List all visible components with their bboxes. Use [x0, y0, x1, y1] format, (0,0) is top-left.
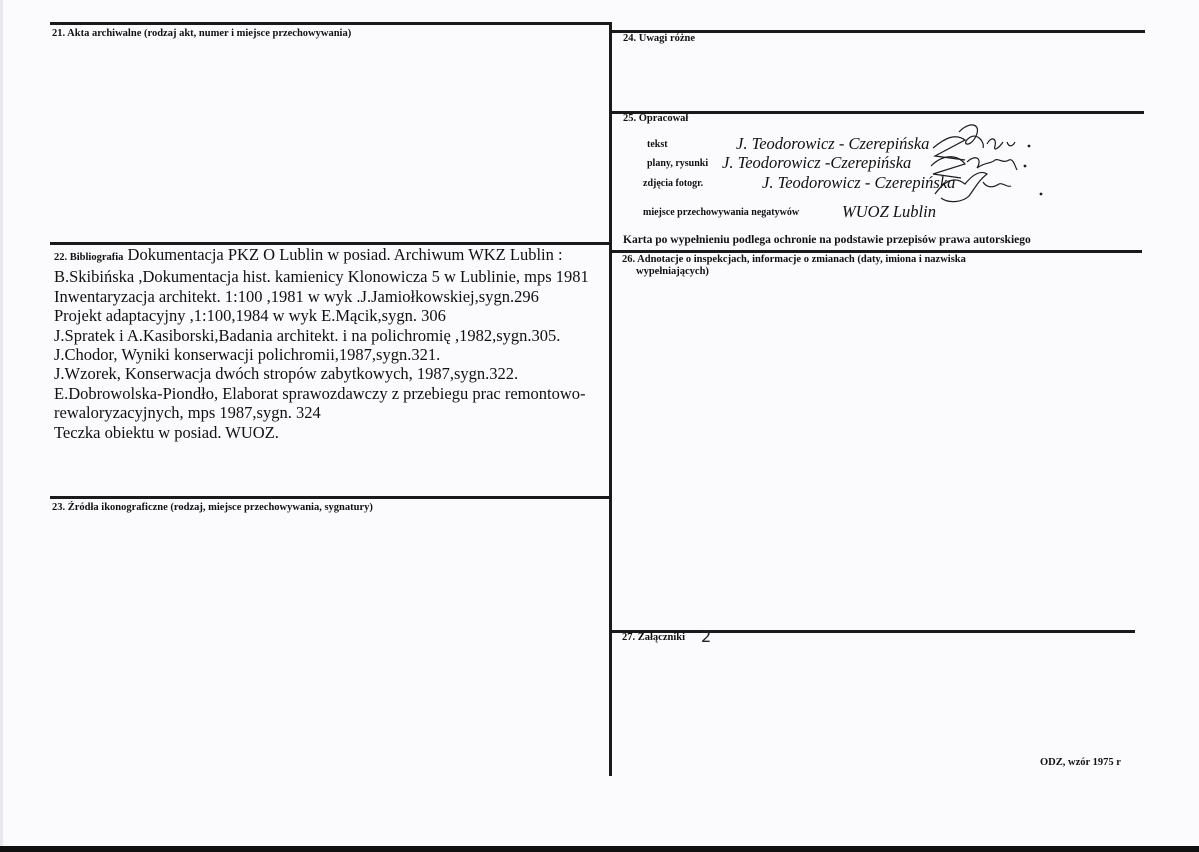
field-label-photos: zdjęcia fotogr.: [643, 178, 703, 189]
bibliography-line: Teczka obiektu w posiad. WUOZ.: [54, 423, 614, 442]
scan-bottom-edge: [0, 846, 1199, 852]
signature-icon: [925, 118, 1045, 208]
negatives-value: WUOZ Lublin: [842, 202, 936, 222]
rule-section-23: [50, 496, 612, 499]
bibliography-line: rewaloryzacyjnych, mps 1987,sygn. 324: [54, 403, 614, 422]
section-26-label: 26. Adnotacje o inspekcjach, informacje …: [622, 254, 966, 265]
field-label-text: tekst: [647, 139, 668, 150]
section-22-bibliography: 22. Bibliografia Dokumentacja PKZ O Lubl…: [54, 245, 614, 442]
section-26-label-continued: wypełniających): [636, 266, 709, 277]
form-template-footer: ODZ, wzór 1975 r: [1040, 757, 1121, 768]
bibliography-line: Projekt adaptacyjny ,1:100,1984 w wyk E.…: [54, 306, 614, 325]
bibliography-line: Inwentaryzacja architekt. 1:100 ,1981 w …: [54, 287, 614, 306]
copyright-note: Karta po wypełnieniu podlega ochronie na…: [623, 234, 1031, 246]
bibliography-line: J.Spratek i A.Kasiborski,Badania archite…: [54, 326, 614, 345]
rule-section-25: [610, 111, 1144, 114]
scan-edge: [0, 0, 3, 852]
field-value-plans: J. Teodorowicz -Czerepińska: [722, 153, 911, 173]
attachments-count: 2: [701, 627, 711, 646]
bibliography-line: J.Wzorek, Konserwacja dwóch stropów zaby…: [54, 364, 614, 383]
bibliography-line: B.Skibińska ,Dokumentacja hist. kamienic…: [54, 267, 614, 286]
section-27-label: 27. Załączniki: [622, 632, 685, 643]
bibliography-line: 22. Bibliografia Dokumentacja PKZ O Lubl…: [54, 245, 614, 267]
rule-section-26: [610, 250, 1142, 253]
bibliography-line: J.Chodor, Wyniki konserwacji polichromii…: [54, 345, 614, 364]
rule-section-27: [610, 630, 1135, 633]
section-24-label: 24. Uwagi różne: [623, 33, 695, 44]
negatives-label: miejsce przechowywania negatywów: [643, 207, 799, 218]
section-23-label: 23. Źródła ikonograficzne (rodzaj, miejs…: [52, 502, 373, 513]
field-value-text: J. Teodorowicz - Czerepińska: [736, 134, 929, 154]
field-label-plans: plany, rysunki: [647, 158, 708, 169]
section-21-label: 21. Akta archiwalne (rodzaj akt, numer i…: [52, 28, 351, 39]
rule-section-21: [50, 22, 612, 25]
section-25-label: 25. Opracował: [623, 113, 688, 124]
section-22-label: 22. Bibliografia: [54, 252, 123, 263]
bibliography-line: E.Dobrowolska-Piondło, Elaborat sprawozd…: [54, 384, 614, 403]
